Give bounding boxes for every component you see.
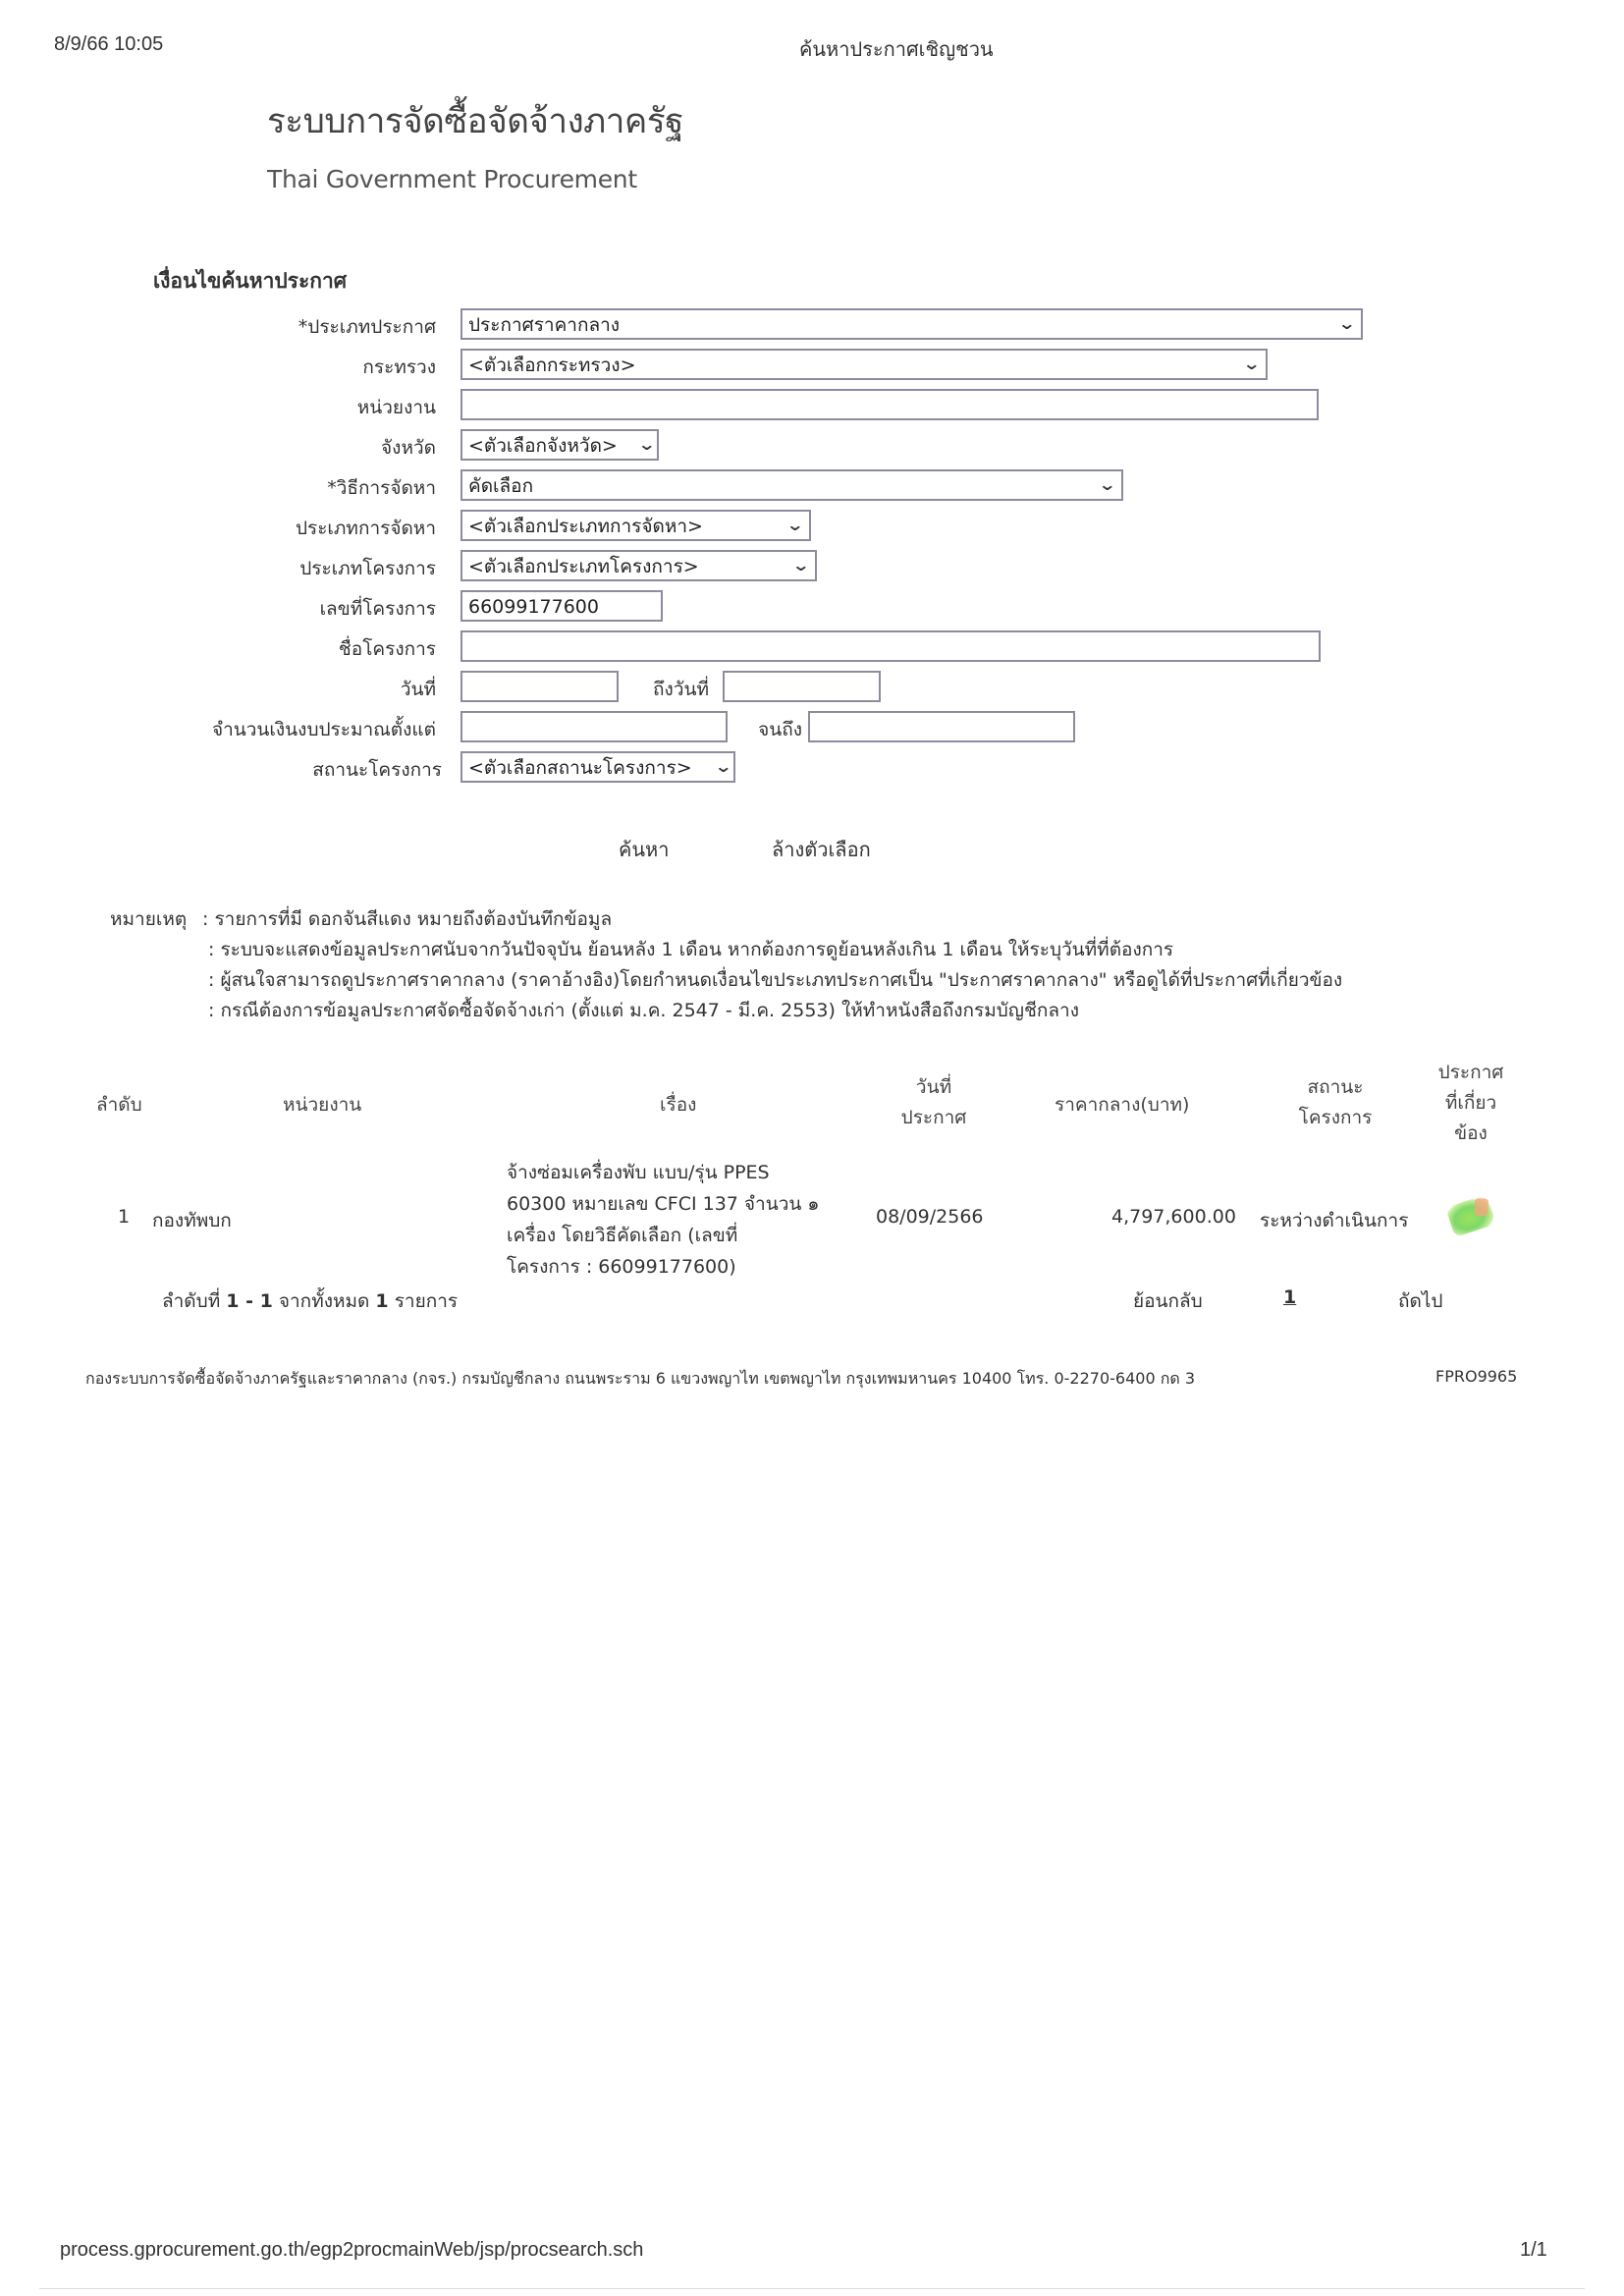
row-subject-line: 60300 หมายเลข CFCI 137 จำนวน ๑ [507, 1188, 819, 1220]
col-status-line1: สถานะ [1296, 1072, 1375, 1103]
print-url: process.gprocurement.go.th/egp2procmainW… [60, 2239, 643, 2262]
note-line: : ระบบจะแสดงข้อมูลประกาศนับจากวันปัจจุบั… [208, 935, 1173, 964]
row-agency: กองทัพบก [152, 1206, 232, 1235]
ministry-select[interactable]: <ตัวเลือกกระทรวง> ⌄ [460, 349, 1268, 380]
procurement-type-value: <ตัวเลือกประเภทการจัดหา> [468, 516, 703, 537]
summary-prefix: ลำดับที่ [162, 1290, 226, 1312]
date-to-input[interactable] [723, 671, 881, 702]
col-price: ราคากลาง(บาท) [1055, 1090, 1189, 1121]
col-date-line2: ประกาศ [899, 1103, 968, 1133]
chevron-down-icon: ⌄ [1098, 473, 1116, 497]
row-price: 4,797,600.00 [1111, 1206, 1236, 1228]
col-related-line2: ที่เกี่ยว [1434, 1088, 1508, 1119]
pager-prev[interactable]: ย้อนกลับ [1133, 1286, 1203, 1316]
procurement-type-label: ประเภทการจัดหา [141, 514, 436, 543]
summary-range: 1 - 1 [226, 1290, 273, 1312]
province-select[interactable]: <ตัวเลือกจังหวัด> ⌄ [460, 429, 659, 461]
col-related-line1: ประกาศ [1434, 1058, 1508, 1088]
project-type-label: ประเภทโครงการ [141, 554, 436, 583]
clear-button[interactable]: ล้างตัวเลือก [772, 834, 871, 865]
agency-input[interactable] [460, 389, 1319, 420]
chevron-down-icon: ⌄ [785, 514, 804, 537]
row-date: 08/09/2566 [876, 1206, 984, 1228]
project-type-value: <ตัวเลือกประเภทโครงการ> [468, 556, 699, 577]
pager-next[interactable]: ถัดไป [1398, 1286, 1442, 1316]
note-line: : รายการที่มี ดอกจันสีแดง หมายถึงต้องบัน… [202, 904, 612, 934]
search-button[interactable]: ค้นหา [619, 834, 669, 865]
summary-suffix: รายการ [389, 1290, 458, 1312]
summary-total: 1 [375, 1290, 388, 1312]
col-date: วันที่ ประกาศ [899, 1072, 968, 1133]
province-value: <ตัวเลือกจังหวัด> [468, 435, 618, 457]
col-related-line3: ข้อง [1434, 1119, 1508, 1149]
site-title-english: Thai Government Procurement [267, 165, 637, 193]
province-label: จังหวัด [141, 433, 436, 463]
footer-address: กองระบบการจัดซื้อจัดจ้างภาครัฐและราคากลา… [85, 1367, 1195, 1392]
project-status-label: สถานะโครงการ [147, 755, 442, 785]
print-page-number: 1/1 [1520, 2239, 1547, 2262]
method-select[interactable]: คัดเลือก ⌄ [460, 469, 1123, 501]
chevron-down-icon: ⌄ [714, 755, 732, 779]
chevron-down-icon: ⌄ [637, 433, 656, 457]
project-no-input[interactable]: 66099177600 [460, 590, 663, 622]
row-no: 1 [118, 1206, 130, 1228]
col-status-line2: โครงการ [1296, 1103, 1375, 1133]
ministry-label: กระทรวง [141, 353, 436, 382]
search-conditions-heading: เงื่อนไขค้นหาประกาศ [153, 265, 347, 298]
col-agency: หน่วยงาน [283, 1090, 361, 1121]
announce-type-select[interactable]: ประกาศราคากลาง ⌄ [460, 308, 1363, 340]
footer-code: FPRO9965 [1435, 1367, 1517, 1386]
chevron-down-icon: ⌄ [1337, 312, 1356, 336]
project-no-label: เลขที่โครงการ [141, 594, 436, 624]
col-no: ลำดับ [96, 1090, 142, 1121]
date-from-label: วันที่ [141, 675, 436, 704]
row-subject[interactable]: จ้างซ่อมเครื่องพับ แบบ/รุ่น PPES 60300 ห… [507, 1157, 819, 1283]
project-no-value: 66099177600 [468, 596, 599, 618]
row-status: ระหว่างดำเนินการ [1260, 1206, 1408, 1235]
row-subject-line: เครื่อง โดยวิธีคัดเลือก (เลขที่ [507, 1220, 819, 1251]
col-status: สถานะ โครงการ [1296, 1072, 1375, 1133]
project-type-select[interactable]: <ตัวเลือกประเภทโครงการ> ⌄ [460, 550, 817, 581]
document-icon[interactable] [1445, 1194, 1496, 1237]
project-status-value: <ตัวเลือกสถานะโครงการ> [468, 757, 692, 779]
method-value: คัดเลือก [468, 475, 533, 497]
col-related: ประกาศ ที่เกี่ยว ข้อง [1434, 1058, 1508, 1149]
print-page-title: ค้นหาประกาศเชิญชวน [799, 33, 994, 65]
chevron-down-icon: ⌄ [791, 554, 810, 577]
budget-from-label: จำนวนเงินงบประมาณตั้งแต่ [141, 715, 436, 744]
agency-label: หน่วยงาน [141, 393, 436, 422]
project-name-label: ชื่อโครงการ [141, 634, 436, 664]
summary-mid: จากทั้งหมด [273, 1290, 376, 1312]
budget-to-input[interactable] [808, 711, 1075, 742]
announce-type-label: *ประเภทประกาศ [141, 312, 436, 342]
site-title-thai: ระบบการจัดซื้อจัดจ้างภาครัฐ [267, 94, 683, 148]
chevron-down-icon: ⌄ [1242, 353, 1261, 376]
project-name-input[interactable] [460, 630, 1321, 662]
pager-current-page[interactable]: 1 [1283, 1286, 1296, 1308]
col-date-line1: วันที่ [899, 1072, 968, 1103]
method-label: *วิธีการจัดหา [141, 473, 436, 503]
results-summary: ลำดับที่ 1 - 1 จากทั้งหมด 1 รายการ [162, 1286, 458, 1316]
page-edge-divider [39, 2288, 1585, 2289]
print-datetime: 8/9/66 10:05 [54, 33, 163, 56]
project-status-select[interactable]: <ตัวเลือกสถานะโครงการ> ⌄ [460, 751, 735, 783]
row-subject-line: จ้างซ่อมเครื่องพับ แบบ/รุ่น PPES [507, 1157, 819, 1188]
date-to-label: ถึงวันที่ [412, 675, 709, 704]
procurement-type-select[interactable]: <ตัวเลือกประเภทการจัดหา> ⌄ [460, 510, 811, 541]
ministry-value: <ตัวเลือกกระทรวง> [468, 355, 636, 376]
row-subject-line: โครงการ : 66099177600) [507, 1251, 819, 1283]
col-subject: เรื่อง [660, 1090, 696, 1121]
note-line: : ผู้สนใจสามารถดูประกาศราคากลาง (ราคาอ้า… [208, 965, 1342, 995]
budget-to-label: จนถึง [506, 715, 802, 744]
announce-type-value: ประกาศราคากลาง [468, 314, 620, 336]
notes-label: หมายเหตุ [110, 904, 187, 934]
note-line: : กรณีต้องการข้อมูลประกาศจัดซื้อจัดจ้างเ… [208, 996, 1079, 1025]
